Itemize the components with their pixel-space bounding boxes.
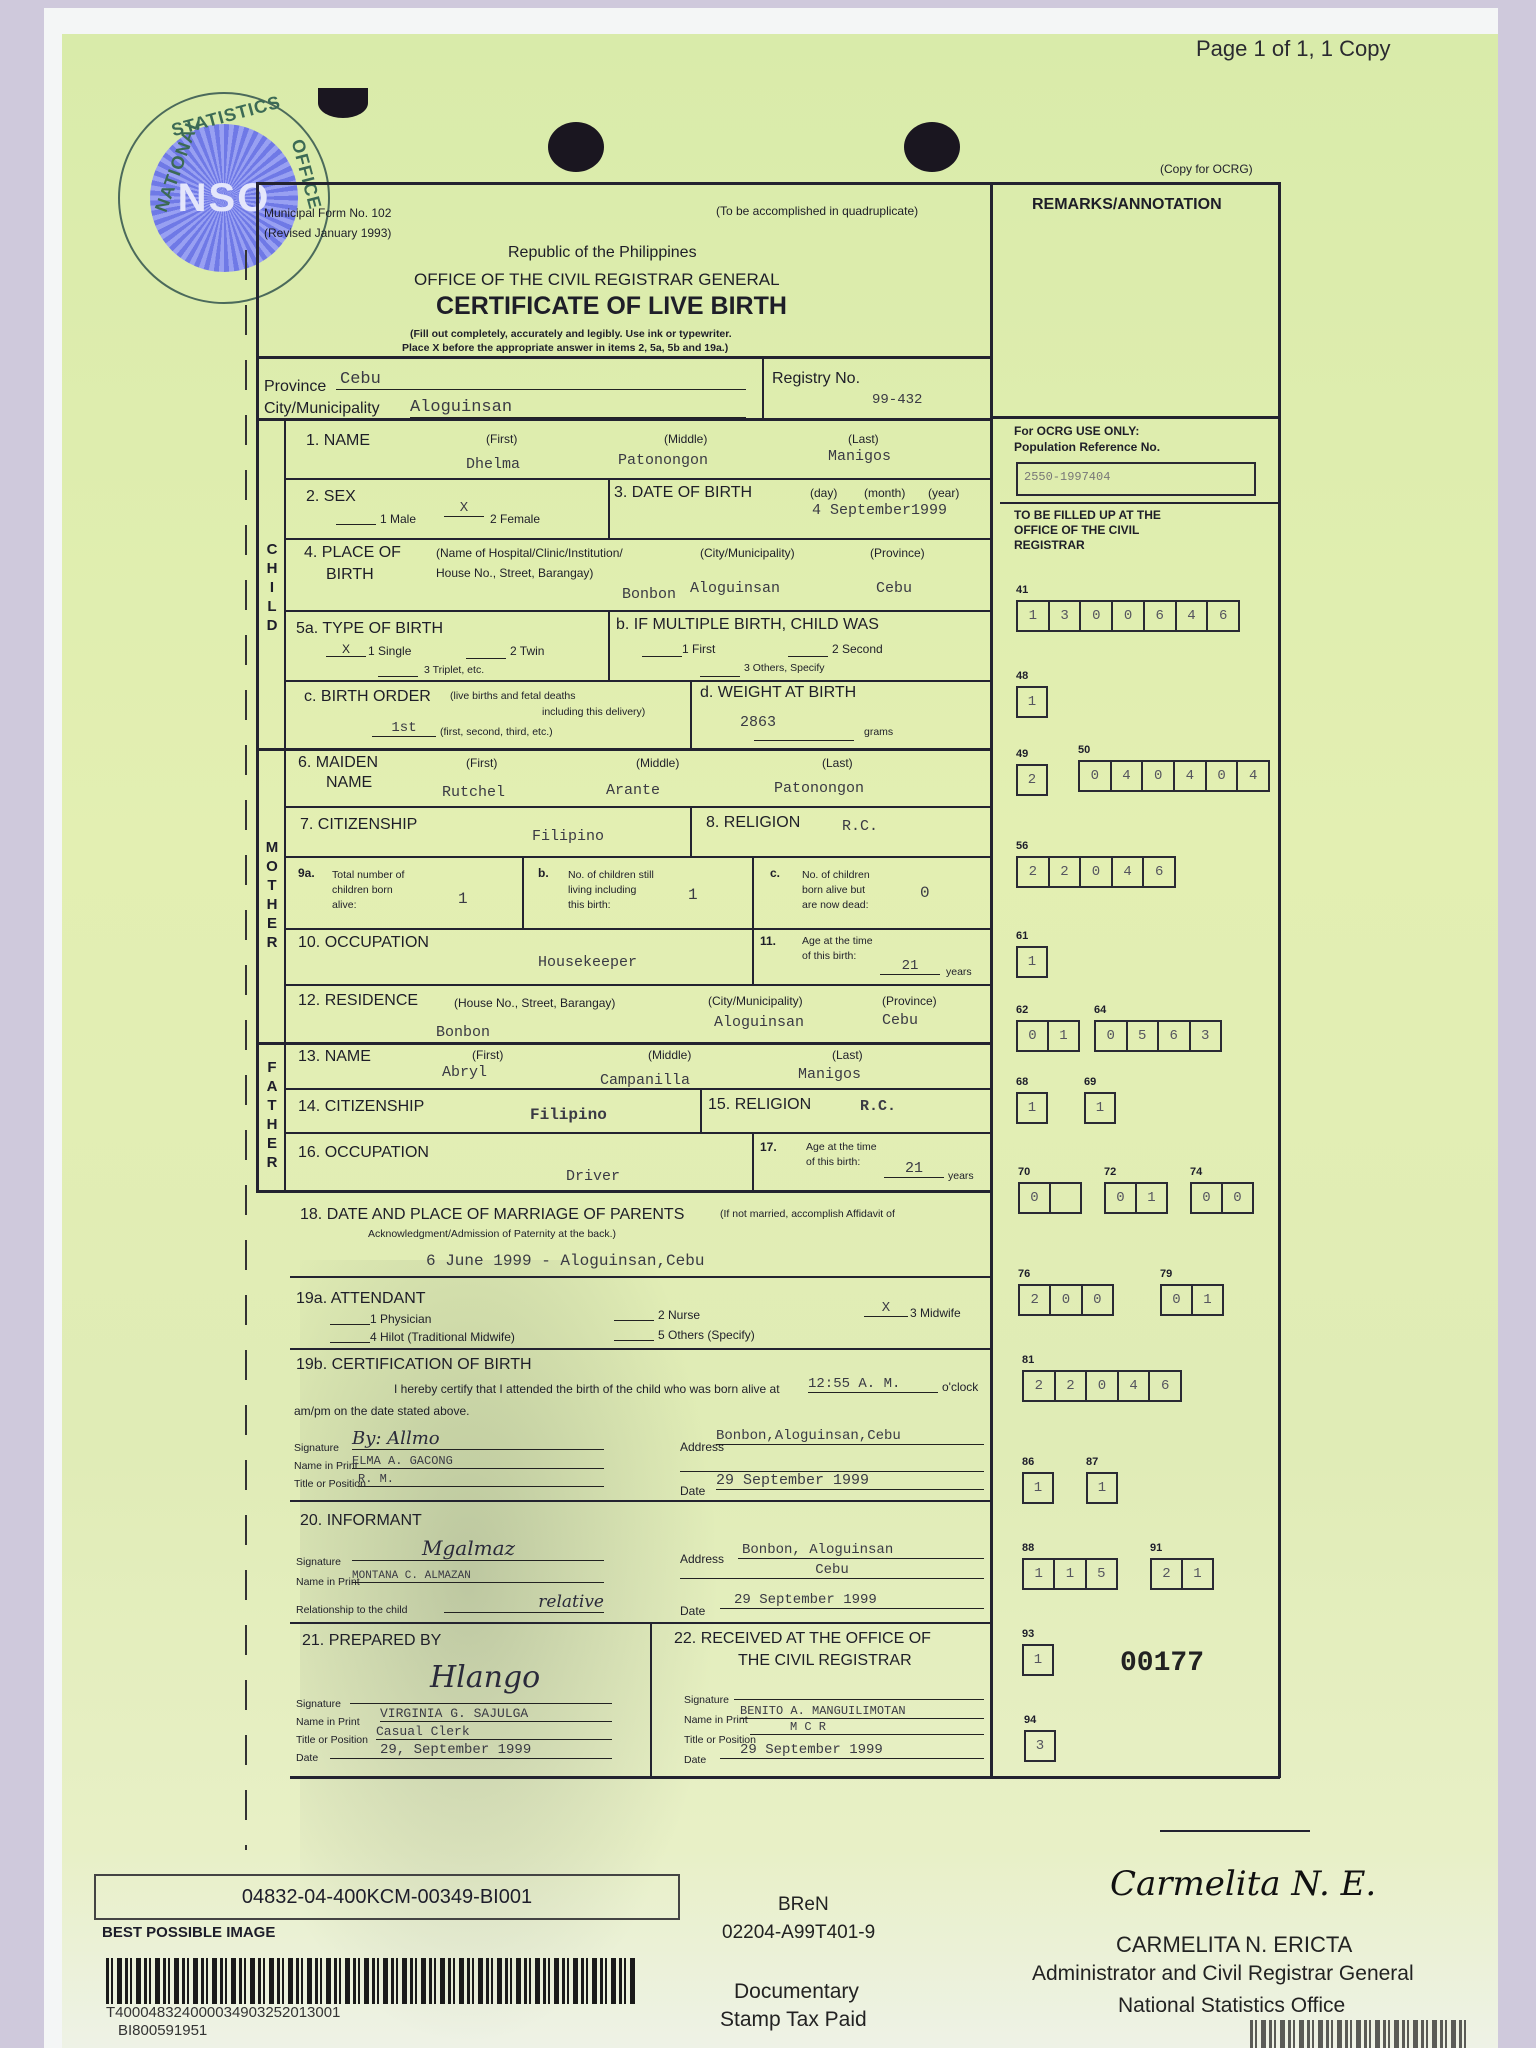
code-box-81: 22046	[1022, 1370, 1182, 1402]
code-number-label: 56	[1016, 840, 1028, 852]
total-children-num: 9a.	[298, 866, 315, 880]
father-occupation-label: 16. OCCUPATION	[298, 1144, 429, 1162]
child-middle-name: Patonongon	[618, 452, 708, 469]
middle-label: (Middle)	[664, 432, 707, 446]
republic-label: Republic of the Philippines	[508, 244, 697, 262]
code-number-label: 87	[1086, 1456, 1098, 1468]
female-option: 2 Female	[490, 512, 540, 526]
informant-name: MONTANA C. ALMAZAN	[352, 1570, 604, 1583]
mother-citizenship-label: 7. CITIZENSHIP	[300, 816, 417, 834]
father-middle-name: Campanilla	[600, 1072, 690, 1089]
form-number: Municipal Form No. 102	[264, 206, 391, 220]
date-label: Date	[680, 1604, 705, 1618]
single-option: 1 Single	[368, 644, 411, 658]
date-label: Date	[684, 1754, 706, 1766]
single-mark: X	[326, 642, 366, 657]
registrar-signature: Carmelita N. E.	[1110, 1864, 1376, 1904]
maiden-name-label: 6. MAIDEN	[298, 754, 378, 772]
bren-value: 02204-A99T401-9	[722, 1922, 875, 1944]
signature-line	[350, 1688, 612, 1704]
code-box-79: 01	[1160, 1284, 1224, 1316]
multiple-birth-label: b. IF MULTIPLE BIRTH, CHILD WAS	[616, 616, 879, 634]
office-label: OFFICE OF THE CIVIL REGISTRAR GENERAL	[414, 270, 780, 290]
month-label: (month)	[864, 486, 905, 500]
code-number-label: 49	[1016, 748, 1028, 760]
male-blank	[336, 510, 376, 525]
attendant-date: 29 September 1999	[716, 1472, 984, 1490]
pob-hint: (Name of Hospital/Clinic/Institution/	[436, 546, 623, 560]
stamp-tax-label-2: Stamp Tax Paid	[720, 2008, 867, 2032]
type-of-birth-label: 5a. TYPE OF BIRTH	[296, 620, 443, 638]
father-age-unit: years	[948, 1170, 974, 1182]
page-count: Page 1 of 1, 1 Copy	[1196, 36, 1390, 62]
code-box-70: 0	[1018, 1182, 1082, 1214]
code-number-label: 79	[1160, 1268, 1172, 1280]
attendant-title: R. M.	[358, 1472, 604, 1487]
instructions: Place X before the appropriate answer in…	[402, 342, 728, 354]
informant-relationship: relative	[444, 1592, 604, 1613]
dob-value: 4 September1999	[812, 502, 947, 519]
midwife-mark: X	[864, 1300, 908, 1317]
child-last-name: Manigos	[828, 448, 891, 465]
child-first-name: Dhelma	[466, 456, 520, 473]
others-option: 3 Others, Specify	[744, 662, 825, 674]
page-title: CERTIFICATE OF LIVE BIRTH	[436, 292, 787, 321]
residence-place: Bonbon	[436, 1024, 490, 1041]
code-number-label: 69	[1084, 1076, 1096, 1088]
barcode-icon	[106, 1958, 636, 2004]
section-mother-label: MOTHER	[262, 838, 282, 952]
received-label: 22. RECEIVED AT THE OFFICE OF	[674, 1630, 931, 1648]
city-label: City/Municipality	[264, 400, 380, 418]
signature-label: Signature	[294, 1442, 339, 1454]
residence-city-label: (City/Municipality)	[708, 994, 803, 1008]
registrar-office: National Statistics Office	[1118, 1994, 1345, 2018]
second-blank	[788, 642, 828, 657]
code-number-label: 62	[1016, 1004, 1028, 1016]
prepared-date: 29, September 1999	[330, 1742, 612, 1759]
mother-occupation: Housekeeper	[538, 954, 637, 971]
living-children-value: 1	[688, 886, 698, 904]
form-revised: (Revised January 1993)	[264, 226, 391, 240]
code-box-69: 1	[1084, 1092, 1116, 1124]
bren-label: BReN	[778, 1894, 829, 1916]
code-box-49: 2	[1016, 764, 1048, 796]
barcode-sub-number: BI800591951	[118, 2022, 207, 2039]
mother-middle-name: Arante	[606, 782, 660, 799]
others-option: 5 Others (Specify)	[658, 1328, 755, 1342]
registrar-title: Administrator and Civil Registrar Genera…	[1032, 1962, 1414, 1986]
marriage-hint: (If not married, accomplish Affidavit of	[720, 1208, 895, 1220]
code-box-41: 1300646	[1016, 600, 1240, 632]
pob-city: Aloguinsan	[690, 580, 780, 597]
mother-first-name: Rutchel	[442, 784, 505, 801]
signature-label: Signature	[296, 1556, 341, 1568]
signature-label: Signature	[684, 1694, 729, 1706]
dead-children-label: No. of childrenborn alive butare now dea…	[802, 868, 870, 913]
code-number-label: 48	[1016, 670, 1028, 682]
father-age-value: 21	[884, 1160, 944, 1178]
signature-line	[734, 1686, 984, 1700]
code-box-72: 01	[1104, 1182, 1168, 1214]
pob-hint-2: House No., Street, Barangay)	[436, 566, 593, 580]
code-box-86: 1	[1022, 1472, 1054, 1504]
oclock-label: o'clock	[942, 1380, 978, 1394]
code-number-label: 88	[1022, 1542, 1034, 1554]
middle-label: (Middle)	[636, 756, 679, 770]
margin-line	[245, 250, 247, 1850]
mother-religion-label: 8. RELIGION	[706, 814, 800, 832]
informant-signature: Mgalmaz	[352, 1536, 604, 1561]
others-blank	[614, 1326, 654, 1341]
code-number-label: 76	[1018, 1268, 1030, 1280]
birth-order-value: 1st	[372, 720, 436, 737]
others-blank	[700, 662, 740, 677]
marriage-label: 18. DATE AND PLACE OF MARRIAGE OF PARENT…	[300, 1206, 684, 1224]
received-label-2: THE CIVIL REGISTRAR	[738, 1652, 912, 1670]
birth-order-hint-3: (first, second, third, etc.)	[440, 726, 553, 738]
hilot-blank	[330, 1328, 370, 1343]
code-number-label: 68	[1016, 1076, 1028, 1088]
triplet-option: 3 Triplet, etc.	[424, 664, 484, 676]
code-number-label: 86	[1022, 1456, 1034, 1468]
sex-label: 2. SEX	[306, 488, 356, 506]
male-option: 1 Male	[380, 512, 416, 526]
second-option: 2 Second	[832, 642, 883, 656]
received-title: M C R	[750, 1720, 984, 1735]
address-line-2	[680, 1462, 984, 1472]
midwife-option: 3 Midwife	[910, 1306, 961, 1320]
father-occupation: Driver	[566, 1168, 620, 1185]
first-label: (First)	[466, 756, 497, 770]
code-number-label: 93	[1022, 1628, 1034, 1640]
father-religion: R.C.	[860, 1098, 896, 1115]
prepared-by-label: 21. PREPARED BY	[302, 1632, 441, 1650]
total-children-value: 1	[458, 890, 468, 908]
stamp-tax-label: Documentary	[734, 1980, 859, 2004]
twin-blank	[466, 644, 506, 659]
punch-hole	[904, 122, 960, 172]
father-age-label: Age at the timeof this birth:	[806, 1140, 877, 1170]
hilot-option: 4 Hilot (Traditional Midwife)	[370, 1330, 515, 1344]
last-label: (Last)	[832, 1048, 863, 1062]
birth-order-label: c. BIRTH ORDER	[304, 688, 431, 706]
code-number-label: 41	[1016, 584, 1028, 596]
ocrg-use-label: For OCRG USE ONLY:	[1014, 424, 1139, 438]
code-box-56: 22046	[1016, 856, 1176, 888]
code-box-50: 040404	[1078, 760, 1270, 792]
code-number-label: 50	[1078, 744, 1090, 756]
code-number-label: 64	[1094, 1004, 1106, 1016]
province-label: Province	[264, 378, 326, 396]
informant-date: 29 September 1999	[720, 1592, 984, 1609]
physician-option: 1 Physician	[370, 1312, 431, 1326]
certification-text-2: am/pm on the date stated above.	[294, 1404, 469, 1418]
pob-place: Bonbon	[622, 586, 676, 603]
population-ref-label: Population Reference No.	[1014, 440, 1160, 454]
nurse-blank	[614, 1306, 654, 1321]
father-first-name: Abryl	[442, 1064, 487, 1081]
pob-city-label: (City/Municipality)	[700, 546, 795, 560]
pob-label-2: BIRTH	[326, 566, 374, 584]
registry-value: 99-432	[872, 392, 922, 408]
mother-religion: R.C.	[842, 818, 878, 835]
barcode-number: T40004832400003490325201300​1	[106, 2004, 340, 2021]
registry-label: Registry No.	[772, 370, 860, 388]
code-number-label: 94	[1024, 1714, 1036, 1726]
weight-unit: grams	[864, 726, 893, 738]
weight-label: d. WEIGHT AT BIRTH	[700, 684, 856, 702]
pob-province-label: (Province)	[870, 546, 925, 560]
middle-label: (Middle)	[648, 1048, 691, 1062]
punch-hole	[318, 88, 368, 118]
filled-up-label: TO BE FILLED UP AT THEOFFICE OF THE CIVI…	[1014, 508, 1161, 553]
reference-number: 04832-04-400KCM-00349-BI001	[94, 1874, 680, 1920]
province-value: Cebu	[336, 370, 746, 390]
informant-label: 20. INFORMANT	[300, 1512, 422, 1530]
city-value: Aloguinsan	[410, 398, 746, 418]
attendant-signature: By: Allmo	[352, 1428, 604, 1450]
first-label: (First)	[472, 1048, 503, 1062]
nurse-option: 2 Nurse	[658, 1308, 700, 1322]
female-mark: X	[444, 500, 484, 517]
certification-text: I hereby certify that I attended the bir…	[394, 1382, 780, 1396]
attendant-address: Bonbon,Aloguinsan,Cebu	[716, 1428, 984, 1445]
first-option: 1 First	[682, 642, 715, 656]
attendant-name: ELMA A. GACONG	[352, 1454, 604, 1469]
attendant-label: 19a. ATTENDANT	[296, 1290, 426, 1308]
code-box-93: 1	[1022, 1644, 1054, 1676]
last-label: (Last)	[822, 756, 853, 770]
mother-citizenship: Filipino	[532, 828, 604, 845]
maiden-name-label-2: NAME	[326, 774, 372, 792]
title-label: Title or Position	[294, 1478, 366, 1490]
weight-blank	[754, 726, 854, 741]
mother-occupation-label: 10. OCCUPATION	[298, 934, 429, 952]
section-father-label: FATHER	[262, 1058, 282, 1172]
remarks-label: REMARKS/ANNOTATION	[1032, 196, 1222, 214]
name-in-print-label: Name in Print	[294, 1460, 358, 1472]
code-number-label: 70	[1018, 1166, 1030, 1178]
dob-label: 3. DATE OF BIRTH	[614, 484, 752, 502]
instructions: (Fill out completely, accurately and leg…	[410, 328, 732, 340]
code-number-label: 61	[1016, 930, 1028, 942]
living-children-num: b.	[538, 866, 549, 880]
triplet-blank	[378, 662, 418, 677]
code-box-94: 3	[1024, 1730, 1056, 1762]
quadruplicate-note: (To be accomplished in quadruplicate)	[716, 204, 918, 218]
day-label: (day)	[810, 486, 837, 500]
code-box-87: 1	[1086, 1472, 1118, 1504]
code-box-91: 21	[1150, 1558, 1214, 1590]
prepared-name: VIRGINIA G. SAJULGA	[380, 1706, 612, 1722]
code-number-label: 72	[1104, 1166, 1116, 1178]
father-citizenship: Filipino	[530, 1106, 607, 1124]
code-box-74: 00	[1190, 1182, 1254, 1214]
birth-order-hint: (live births and fetal deaths	[450, 690, 576, 702]
best-possible-image: BEST POSSIBLE IMAGE	[102, 1924, 275, 1941]
name-in-print-label: Name in Print	[684, 1714, 748, 1726]
mother-age-value: 21	[880, 958, 940, 975]
received-name: BENITO A. MANGUILIMOTAN	[740, 1704, 984, 1719]
mother-age-label: Age at the timeof this birth:	[802, 934, 873, 964]
copy-for-label: (Copy for OCRG)	[1160, 162, 1253, 176]
physician-blank	[330, 1310, 370, 1325]
year-label: (year)	[928, 486, 959, 500]
code-number-label: 74	[1190, 1166, 1202, 1178]
child-name-label: 1. NAME	[306, 432, 370, 450]
dead-children-num: c.	[770, 866, 780, 880]
mother-age-num: 11.	[760, 934, 776, 948]
nso-seal-icon: NSO NATIONAL STATISTICS OFFICE	[118, 92, 330, 304]
code-box-64: 0563	[1094, 1020, 1222, 1052]
code-number-label: 91	[1150, 1542, 1162, 1554]
relationship-label: Relationship to the child	[296, 1604, 408, 1616]
informant-address-2: Cebu	[680, 1562, 984, 1579]
father-name-label: 13. NAME	[298, 1048, 371, 1066]
birth-time: 12:55 A. M.	[808, 1376, 938, 1393]
residence-label: 12. RESIDENCE	[298, 992, 418, 1010]
name-in-print-label: Name in Print	[296, 1576, 360, 1588]
code-box-88: 115	[1022, 1558, 1118, 1590]
section-child-label: CHILD	[262, 540, 282, 635]
date-label: Date	[680, 1484, 705, 1498]
residence-province-label: (Province)	[882, 994, 937, 1008]
name-in-print-label: Name in Print	[296, 1716, 360, 1728]
total-children-label: Total number ofchildren bornalive:	[332, 868, 404, 913]
code-box-76: 200	[1018, 1284, 1114, 1316]
code-box-62: 01	[1016, 1020, 1080, 1052]
code-box-68: 1	[1016, 1092, 1048, 1124]
residence-province: Cebu	[882, 1012, 918, 1029]
informant-address: Bonbon, Aloguinsan	[738, 1542, 984, 1559]
twin-option: 2 Twin	[510, 644, 544, 658]
mother-last-name: Patonongon	[774, 780, 864, 797]
received-date: 29 September 1999	[720, 1742, 984, 1759]
residence-hint: (House No., Street, Barangay)	[454, 996, 615, 1010]
marriage-value: 6 June 1999 - Aloguinsan,Cebu	[426, 1252, 704, 1270]
population-ref-value: 2550-1997404	[1016, 462, 1256, 496]
marriage-hint-2: Acknowledgment/Admission of Paternity at…	[368, 1228, 616, 1240]
last-label: (Last)	[848, 432, 879, 446]
code-number-label: 81	[1022, 1354, 1034, 1366]
pob-label: 4. PLACE OF	[304, 544, 401, 562]
prepared-title: Casual Clerk	[376, 1724, 612, 1740]
stamp-number: 00177	[1120, 1648, 1204, 1679]
date-label: Date	[296, 1752, 318, 1764]
first-blank	[642, 642, 682, 657]
barcode-icon	[1250, 2020, 1470, 2048]
father-religion-label: 15. RELIGION	[708, 1096, 811, 1114]
registrar-name: CARMELITA N. ERICTA	[1116, 1932, 1352, 1958]
certification-label: 19b. CERTIFICATION OF BIRTH	[296, 1356, 532, 1374]
birth-order-hint-2: including this delivery)	[542, 706, 645, 718]
father-age-num: 17.	[760, 1140, 777, 1154]
signature-label: Signature	[296, 1698, 341, 1710]
mother-age-unit: years	[946, 966, 972, 978]
first-label: (First)	[486, 432, 517, 446]
father-last-name: Manigos	[798, 1066, 861, 1083]
residence-city: Aloguinsan	[714, 1014, 804, 1031]
dead-children-value: 0	[920, 884, 930, 902]
code-box-61: 1	[1016, 946, 1048, 978]
living-children-label: No. of children stillliving includingthi…	[568, 868, 654, 913]
punch-hole	[548, 122, 604, 172]
father-citizenship-label: 14. CITIZENSHIP	[298, 1098, 424, 1116]
code-box-48: 1	[1016, 686, 1048, 718]
pob-province: Cebu	[876, 580, 912, 597]
